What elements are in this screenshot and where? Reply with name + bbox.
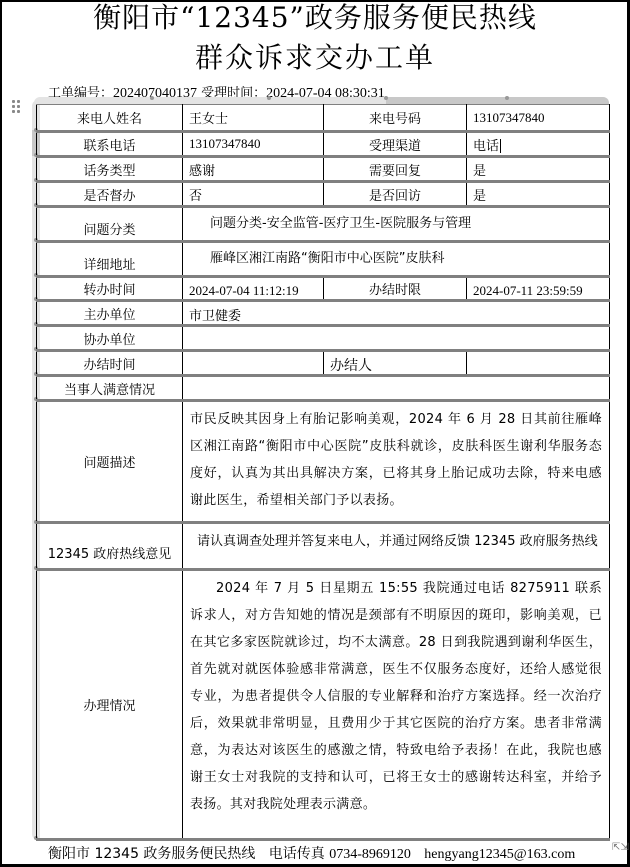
caller-number-field[interactable]: 13107347840 <box>467 105 610 132</box>
address-label: 详细地址 <box>37 242 183 277</box>
document-title-line1: 衡阳市“12345”政务服务便民热线 <box>0 0 630 36</box>
address-field[interactable]: 雁峰区湘江南路“衡阳市中心医院”皮肤科 <box>183 242 610 277</box>
transfer-time-field[interactable]: 2024-07-04 11:12:19 <box>183 277 324 301</box>
finisher-field[interactable] <box>467 351 610 376</box>
accept-time-label: 受理时间： <box>201 86 266 97</box>
table-row: 话务类型 感谢 需要回复 是 <box>37 157 610 182</box>
call-type-field[interactable]: 感谢 <box>183 157 324 182</box>
contact-phone-field[interactable]: 13107347840 <box>183 132 324 157</box>
table-row: 当事人满意情况 <box>37 376 610 401</box>
accept-time: 2024-07-04 08:30:31 <box>266 86 385 97</box>
table-row: 12345 政府热线意见 请认真调查处理并答复来电人，并通过网络反馈 12345… <box>37 523 610 570</box>
channel-value: 电话 <box>473 139 499 154</box>
document-title-line2: 群众诉求交办工单 <box>0 40 630 76</box>
channel-field[interactable]: 电话 <box>467 132 610 157</box>
column-marker[interactable] <box>505 96 509 100</box>
resize-icon[interactable]: ⇱⇲ <box>612 842 629 853</box>
column-marker[interactable] <box>267 96 271 100</box>
finish-time-label: 办结时间 <box>37 351 183 376</box>
hotline-opinion-field[interactable]: 请认真调查处理并答复来电人，并通过网络反馈 12345 政府服务热线 <box>183 523 610 570</box>
table-row: 问题分类 问题分类-安全监管-医疗卫生-医院服务与管理 <box>37 207 610 242</box>
deadline-label: 办结时限 <box>324 277 467 301</box>
table-row: 转办时间 2024-07-04 11:12:19 办结时限 2024-07-11… <box>37 277 610 301</box>
assist-unit-label: 协办单位 <box>37 326 183 351</box>
revisit-field[interactable]: 是 <box>467 182 610 207</box>
caller-name-field[interactable]: 王女士 <box>183 105 324 132</box>
footer-phone: 0734-8969120 <box>329 847 411 862</box>
table-row: 是否督办 否 是否回访 是 <box>37 182 610 207</box>
column-marker[interactable] <box>384 96 388 100</box>
handling-field[interactable]: 2024 年 7 月 5 日星期五 15:55 我院通过电话 8275911 联… <box>183 570 610 840</box>
transfer-time-label: 转办时间 <box>37 277 183 301</box>
hotline-opinion-label: 12345 政府热线意见 <box>37 523 183 570</box>
finisher-label: 办结人 <box>324 351 467 376</box>
channel-label: 受理渠道 <box>324 132 467 157</box>
handling-label: 办理情况 <box>37 570 183 840</box>
need-reply-label: 需要回复 <box>324 157 467 182</box>
lead-unit-label: 主办单位 <box>37 301 183 326</box>
column-marker[interactable] <box>150 96 154 100</box>
drag-handle-icon[interactable] <box>12 100 22 114</box>
table-row: 详细地址 雁峰区湘江南路“衡阳市中心医院”皮肤科 <box>37 242 610 277</box>
supervised-label: 是否督办 <box>37 182 183 207</box>
satisfaction-field[interactable] <box>183 376 610 401</box>
table-row: 来电人姓名 王女士 来电号码 13107347840 <box>37 105 610 132</box>
text-cursor <box>500 139 501 153</box>
lead-unit-field[interactable]: 市卫健委 <box>183 301 610 326</box>
supervised-field[interactable]: 否 <box>183 182 324 207</box>
description-field[interactable]: 市民反映其因身上有胎记影响美观，2024 年 6 月 28 日其前往雁峰区湘江南… <box>183 401 610 523</box>
category-label: 问题分类 <box>37 207 183 242</box>
deadline-field[interactable]: 2024-07-11 23:59:59 <box>467 277 610 301</box>
table-row: 办结时间 办结人 <box>37 351 610 376</box>
caller-number-label: 来电号码 <box>324 105 467 132</box>
category-field[interactable]: 问题分类-安全监管-医疗卫生-医院服务与管理 <box>183 207 610 242</box>
table-row: 主办单位 市卫健委 <box>37 301 610 326</box>
table-row: 办理情况 2024 年 7 月 5 日星期五 15:55 我院通过电话 8275… <box>37 570 610 840</box>
caller-name-label: 来电人姓名 <box>37 105 183 132</box>
footer-email: hengyang12345@163.com <box>424 847 575 862</box>
footer-org: 衡阳市 12345 政务服务便民热线 <box>48 846 255 862</box>
revisit-label: 是否回访 <box>324 182 467 207</box>
finish-time-field[interactable] <box>183 351 324 376</box>
call-type-label: 话务类型 <box>37 157 183 182</box>
footer: 衡阳市 12345 政务服务便民热线 电话传真 0734-8969120 hen… <box>48 844 575 865</box>
satisfaction-label: 当事人满意情况 <box>37 376 183 401</box>
order-meta: 工单编号：202407040137 受理时间：2024-07-04 08:30:… <box>48 86 385 97</box>
table-row: 协办单位 <box>37 326 610 351</box>
order-no: 202407040137 <box>113 86 197 97</box>
footer-phone-label: 电话传真 <box>269 846 325 862</box>
order-no-label: 工单编号： <box>48 86 113 97</box>
contact-phone-label: 联系电话 <box>37 132 183 157</box>
need-reply-field[interactable]: 是 <box>467 157 610 182</box>
description-label: 问题描述 <box>37 401 183 523</box>
work-order-table: 来电人姓名 王女士 来电号码 13107347840 联系电话 13107347… <box>36 104 610 841</box>
table-row: 联系电话 13107347840 受理渠道 电话 <box>37 132 610 157</box>
assist-unit-field[interactable] <box>183 326 610 351</box>
table-row: 问题描述 市民反映其因身上有胎记影响美观，2024 年 6 月 28 日其前往雁… <box>37 401 610 523</box>
